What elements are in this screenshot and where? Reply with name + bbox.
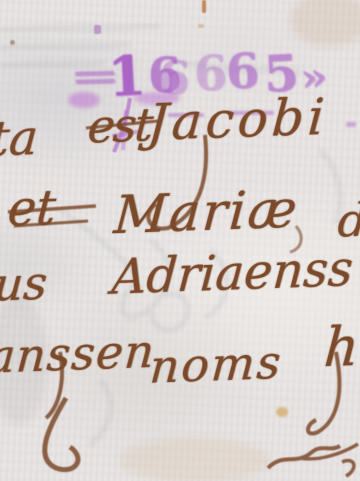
ink-speck xyxy=(198,24,204,28)
handwriting-line1-word: ta xyxy=(0,110,40,168)
stamp-dash-mark xyxy=(346,122,356,127)
handwriting-line2-word: d xyxy=(336,193,360,248)
handwriting-line4-word: h xyxy=(322,315,360,379)
paper-stain xyxy=(290,0,360,47)
handwriting-line2-word: et xyxy=(6,180,58,238)
handwriting-line1-word: est xyxy=(86,98,153,154)
handwriting-line3-word: us xyxy=(0,256,49,312)
handwriting-line4-word: noms xyxy=(148,335,284,394)
stamp-speck xyxy=(94,25,101,34)
manuscript-page: = 1 6 6 6 6 5 » ta est Jacobi et Mariæ d… xyxy=(0,0,360,481)
ink-speck xyxy=(276,407,288,417)
paper-stain xyxy=(120,438,270,481)
handwriting-line1-word: Jacobi xyxy=(146,88,330,152)
ink-speck xyxy=(10,40,15,45)
handwriting-line3-word: Adriaenss xyxy=(110,241,355,306)
ink-speck xyxy=(202,0,206,13)
handwriting-line2-word: Mariæ xyxy=(112,179,301,246)
handwriting-line4-word: anssen xyxy=(0,324,157,384)
